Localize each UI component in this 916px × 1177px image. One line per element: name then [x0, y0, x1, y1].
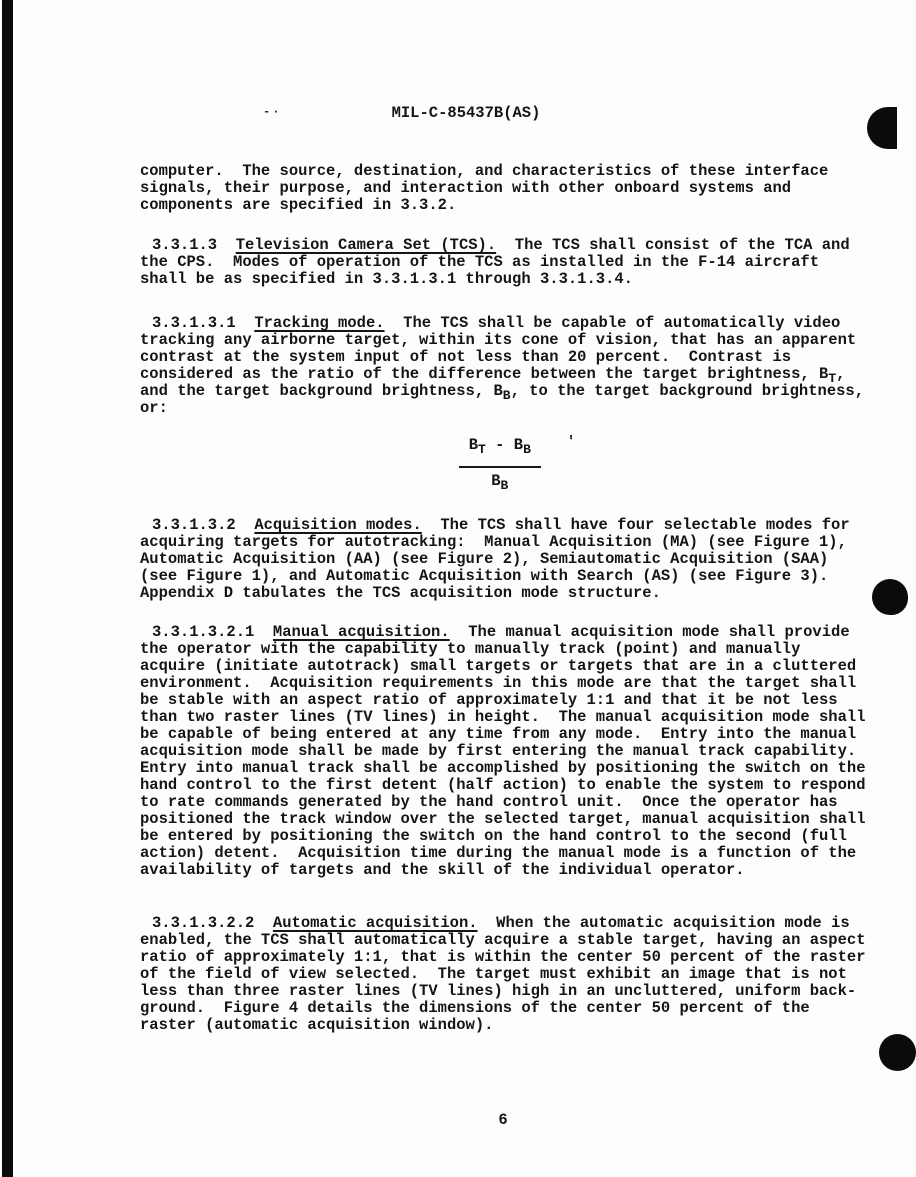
fraction-numerator: BT - BB — [459, 437, 541, 468]
doc-number: MIL-C-85437B(AS) — [103, 105, 829, 122]
section-first-line-text: When the automatic acquisition mode is — [478, 914, 850, 932]
section-body-text: acquiring targets for autotracking: Manu… — [140, 534, 866, 602]
scan-stray-tick: ' — [567, 434, 575, 451]
subscript-b: B — [503, 388, 511, 403]
symbol-bb: B — [514, 436, 523, 454]
fraction-denominator: BB — [459, 468, 541, 490]
brightness-subscript-line-1: considered as the ratio of the differenc… — [140, 366, 866, 383]
line-text: , — [836, 365, 845, 383]
section-title: Television Camera Set (TCS). — [236, 236, 496, 254]
section-tracking-mode: 3.3.1.3.1 Tracking mode. The TCS shall b… — [140, 315, 866, 417]
section-number: 3.3.1.3 — [152, 236, 236, 254]
symbol-bt: B — [469, 436, 478, 454]
subscript-b: B — [501, 478, 509, 493]
section-first-line-text: The manual acquisition mode shall provid… — [450, 623, 850, 641]
section-title: Tracking mode. — [254, 314, 384, 332]
section-title: Acquisition modes. — [254, 516, 421, 534]
section-first-line-text: The TCS shall be capable of automaticall… — [385, 314, 841, 332]
page-footer: 6 — [140, 1112, 866, 1129]
subscript-b: B — [523, 442, 531, 457]
page-number: 6 — [498, 1111, 507, 1129]
section-acquisition-modes: 3.3.1.3.2 Acquisition modes. The TCS sha… — [140, 517, 866, 602]
section-title: Automatic acquisition. — [273, 914, 478, 932]
symbol-bb: B — [491, 472, 500, 490]
brightness-subscript-line-2: and the target background brightness, BB… — [140, 383, 866, 400]
minus-operator: - — [486, 436, 514, 454]
subscript-t: T — [828, 371, 836, 386]
section-automatic-acquisition: 3.3.1.3.2.2 Automatic acquisition. When … — [140, 915, 866, 1034]
section-body-text: the CPS. Modes of operation of the TCS a… — [140, 254, 866, 288]
line-text: , to the target background brightness, — [511, 382, 864, 400]
section-body-text: the operator with the capability to manu… — [140, 641, 866, 879]
line-text: considered as the ratio of the differenc… — [140, 365, 828, 383]
section-number: 3.3.1.3.1 — [152, 314, 254, 332]
line-text: and the target background brightness, B — [140, 382, 503, 400]
fraction: BT - BBBB — [459, 437, 541, 490]
subscript-t: T — [478, 442, 486, 457]
section-body-text: tracking any airborne target, within its… — [140, 332, 866, 366]
section-first-line-text: The TCS shall have four selectable modes… — [422, 516, 850, 534]
section-television-camera-set: 3.3.1.3 Television Camera Set (TCS). The… — [140, 237, 866, 288]
section-body-text: enabled, the TCS shall automatically acq… — [140, 932, 866, 1034]
document-page: MIL-C-85437B(AS) computer. The source, d… — [0, 105, 916, 1129]
section-first-line-text: The TCS shall consist of the TCA and — [496, 236, 849, 254]
page-header: MIL-C-85437B(AS) — [140, 105, 866, 122]
section-title: Manual acquisition. — [273, 623, 450, 641]
section-number: 3.3.1.3.2 — [152, 516, 254, 534]
contrast-ratio-formula: BT - BBBB' — [154, 437, 880, 497]
intro-paragraph: computer. The source, destination, and c… — [140, 163, 866, 214]
section-number: 3.3.1.3.2.1 — [152, 623, 273, 641]
section-manual-acquisition: 3.3.1.3.2.1 Manual acquisition. The manu… — [140, 624, 866, 879]
section-number: 3.3.1.3.2.2 — [152, 914, 273, 932]
